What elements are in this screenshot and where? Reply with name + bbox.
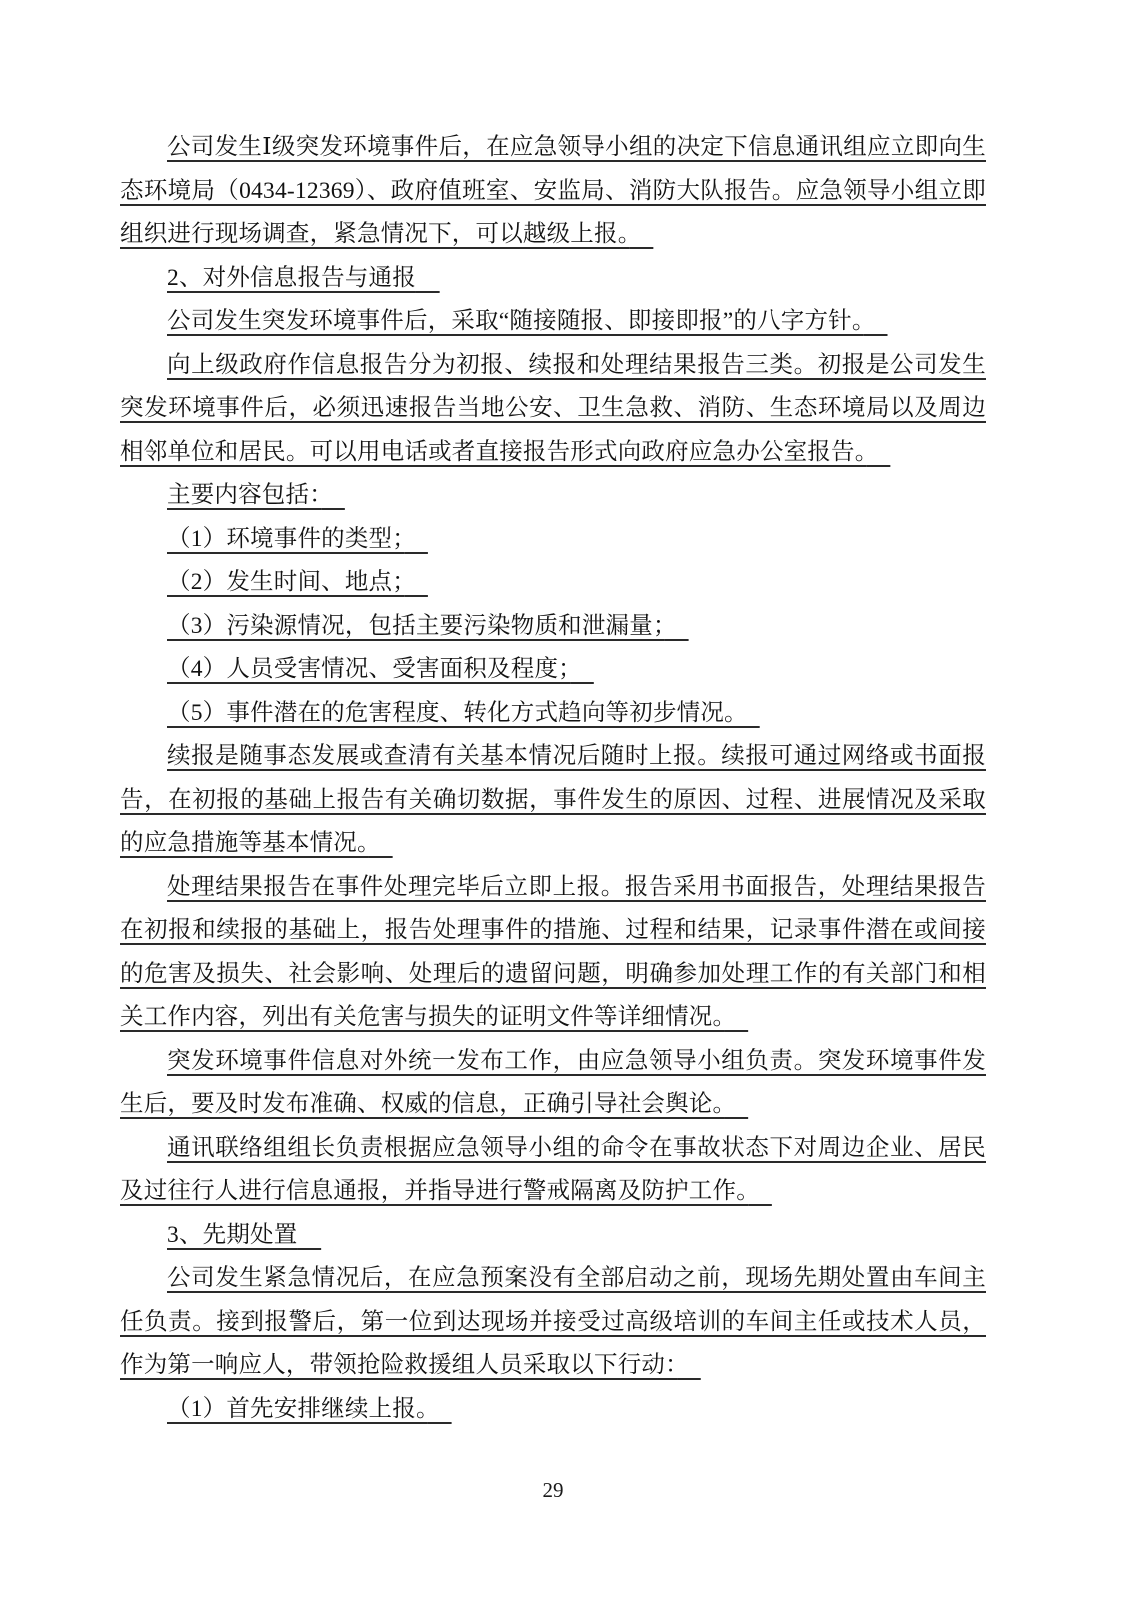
paragraph: 处理结果报告在事件处理完毕后立即上报。报告采用书面报告，处理结果报告在初报和续报… <box>120 866 986 1040</box>
document-body: 公司发生Ⅰ级突发环境事件后，在应急领导小组的决定下信息通讯组应立即向生态环境局（… <box>120 126 986 1431</box>
paragraph: 续报是随事态发展或查清有关基本情况后随时上报。续报可通过网络或书面报告，在初报的… <box>120 735 986 866</box>
paragraph: 2、对外信息报告与通报 <box>120 257 986 301</box>
document-page: 公司发生Ⅰ级突发环境事件后，在应急领导小组的决定下信息通讯组应立即向生态环境局（… <box>0 0 1131 1600</box>
paragraph: 3、先期处置 <box>120 1214 986 1258</box>
paragraph: 公司发生Ⅰ级突发环境事件后，在应急领导小组的决定下信息通讯组应立即向生态环境局（… <box>120 126 986 257</box>
paragraph: 通讯联络组组长负责根据应急领导小组的命令在事故状态下对周边企业、居民及过往行人进… <box>120 1127 986 1214</box>
paragraph: 向上级政府作信息报告分为初报、续报和处理结果报告三类。初报是公司发生突发环境事件… <box>120 344 986 475</box>
paragraph: （3）污染源情况，包括主要污染物质和泄漏量； <box>120 605 986 649</box>
paragraph: 主要内容包括： <box>120 474 986 518</box>
paragraph: （2）发生时间、地点； <box>120 561 986 605</box>
paragraph: （1）环境事件的类型； <box>120 518 986 562</box>
page-number: 29 <box>120 1478 986 1503</box>
paragraph: （4）人员受害情况、受害面积及程度； <box>120 648 986 692</box>
paragraph: 公司发生紧急情况后，在应急预案没有全部启动之前，现场先期处置由车间主任负责。接到… <box>120 1257 986 1388</box>
paragraph: （5）事件潜在的危害程度、转化方式趋向等初步情况。 <box>120 692 986 736</box>
paragraph: （1）首先安排继续上报。 <box>120 1388 986 1432</box>
paragraph: 突发环境事件信息对外统一发布工作，由应急领导小组负责。突发环境事件发生后，要及时… <box>120 1040 986 1127</box>
paragraph: 公司发生突发环境事件后，采取“随接随报、即接即报”的八字方针。 <box>120 300 986 344</box>
